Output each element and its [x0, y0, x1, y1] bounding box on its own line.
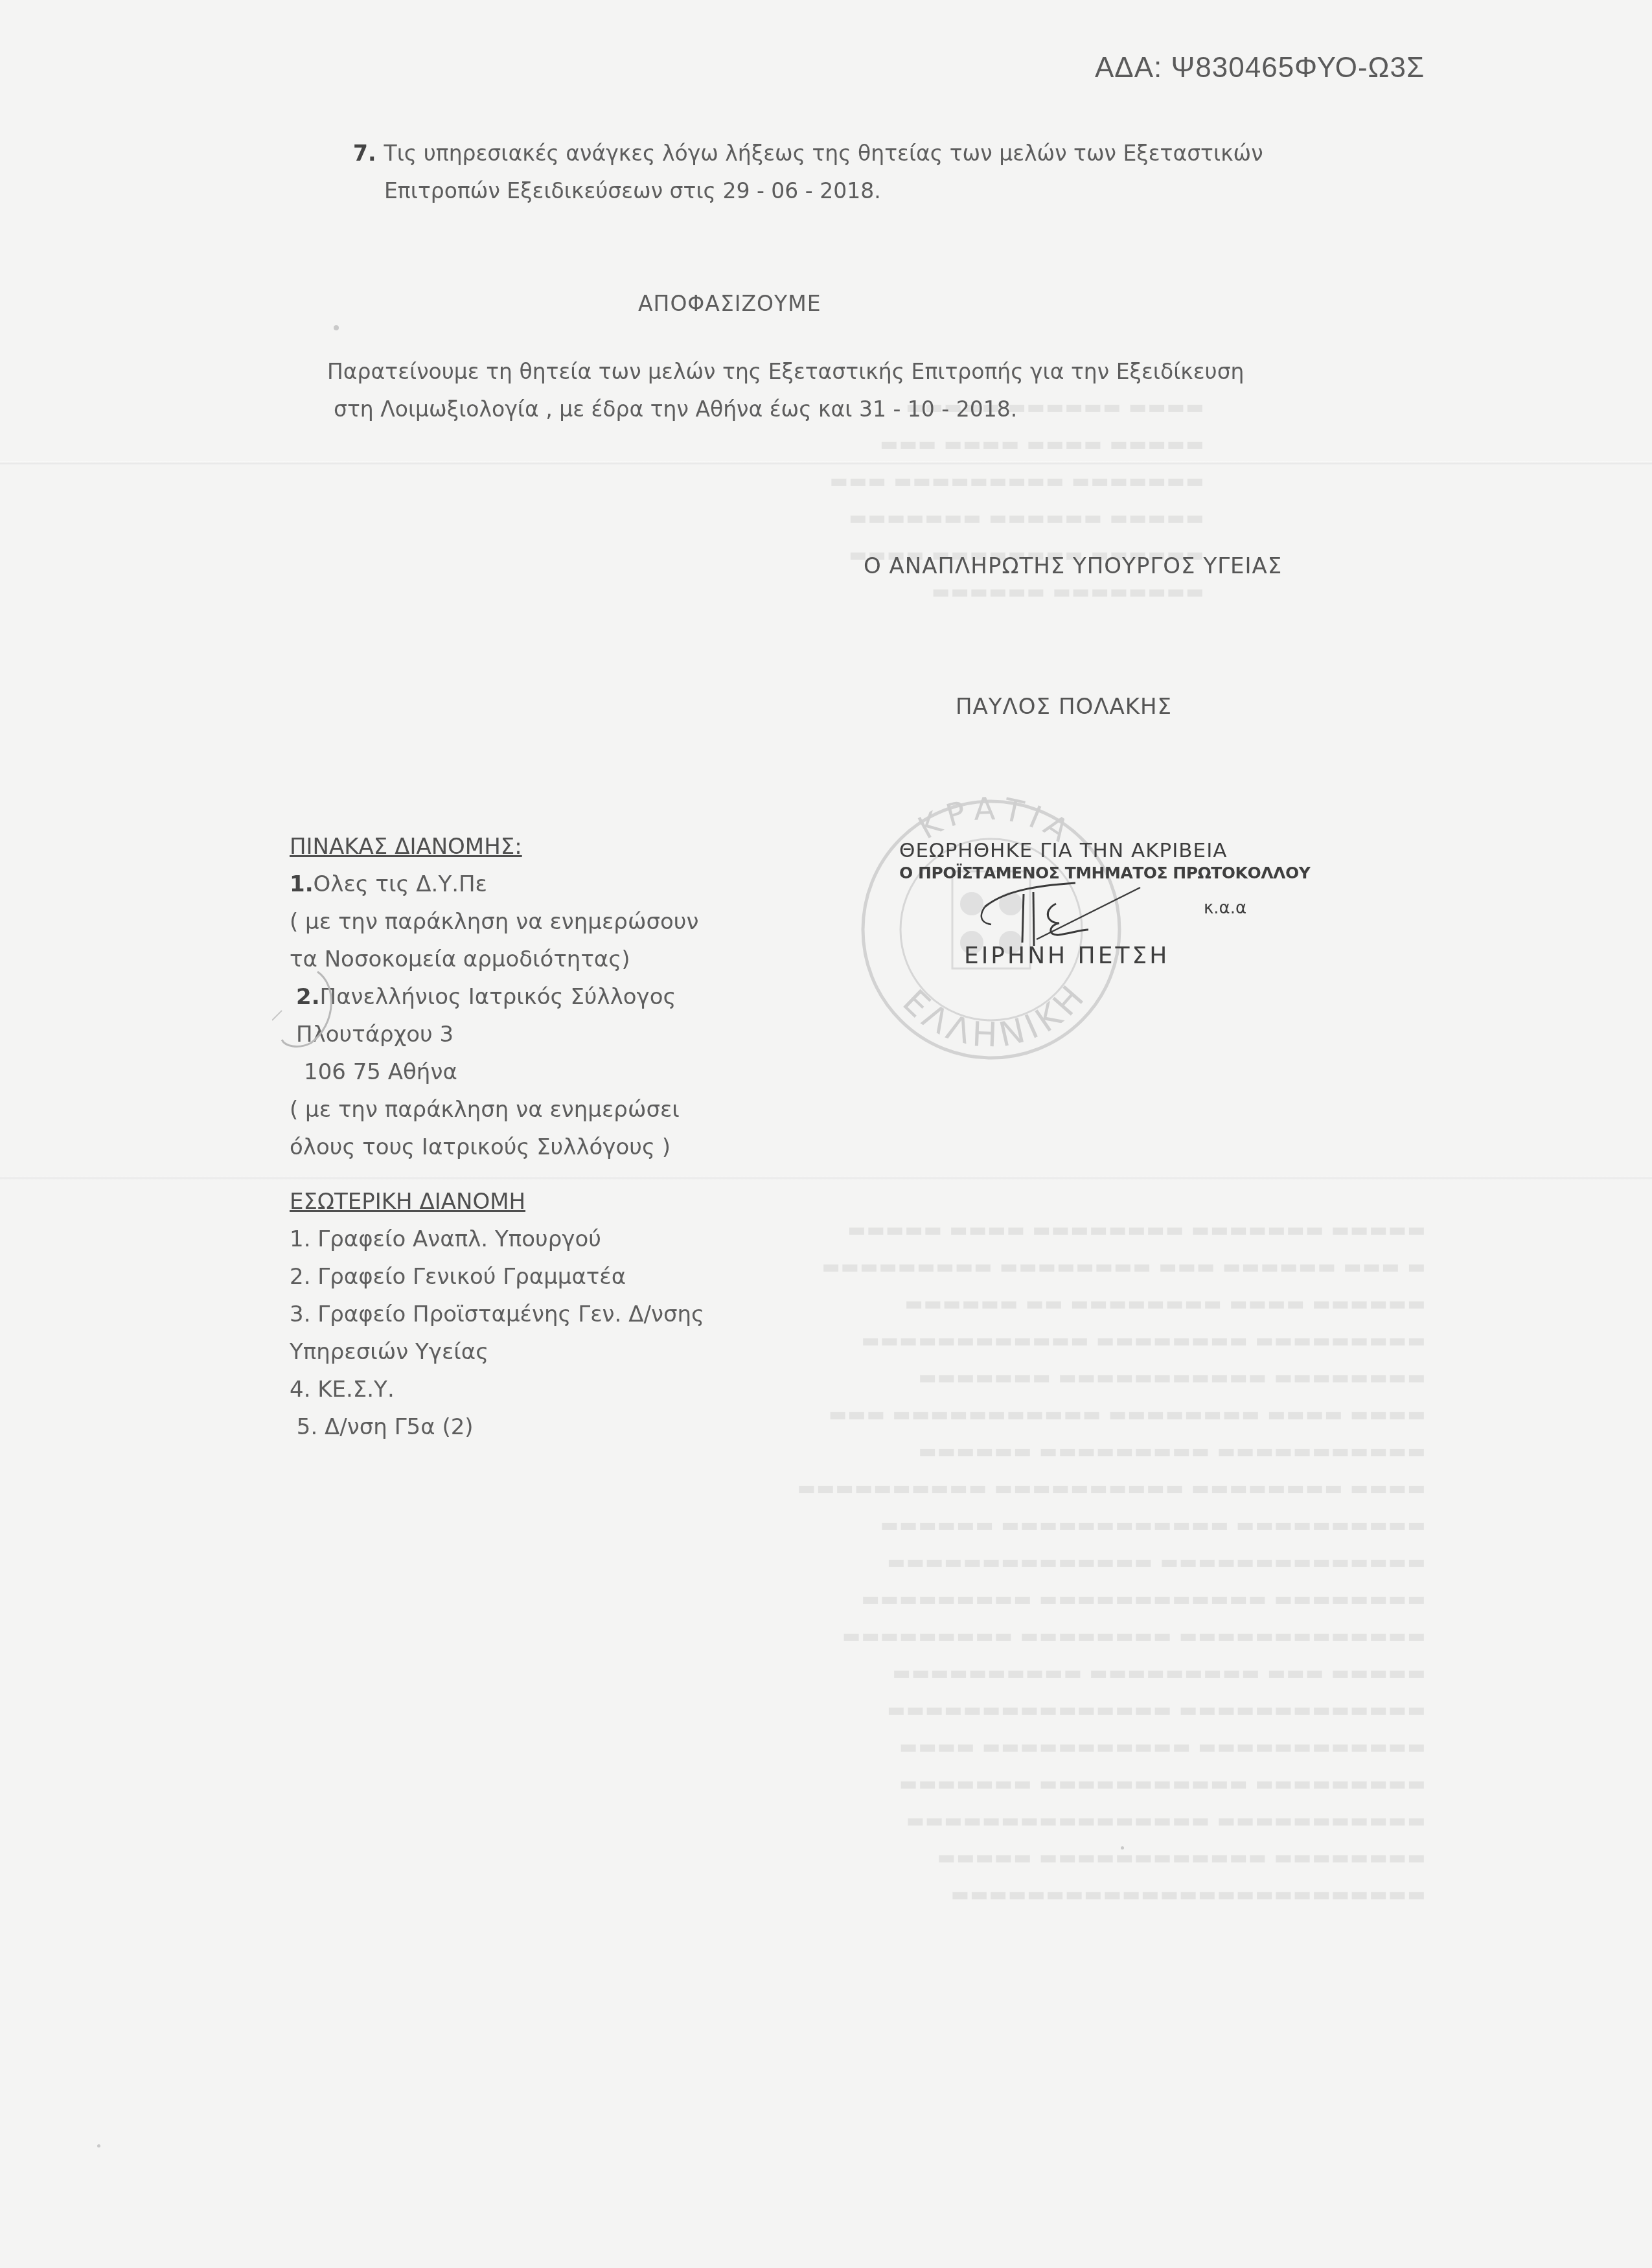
internal-distribution-heading: ΕΣΩΤΕΡΙΚΗ ΔΙΑΝΟΜΗ	[290, 1183, 704, 1220]
decision-body: Παρατείνουμε τη θητεία των μελών της Εξε…	[327, 353, 1245, 428]
bleed-through-text: ▬▬▬▬▬ ▬▬▬▬▬▬▬ ▬▬▬▬▬▬▬▬ ▬▬▬▬ ▬▬▬▬▬ ▬ ▬▬▬ …	[797, 1211, 1426, 1913]
signer-title: Ο ΑΝΑΠΛΗΡΩΤΗΣ ΥΠΟΥΡΓΟΣ ΥΓΕΙΑΣ	[864, 547, 1282, 585]
list-item: ( με την παράκληση να ενημερώσει	[290, 1091, 698, 1128]
list-item: 2. Γραφείο Γενικού Γραμματέα	[290, 1258, 704, 1296]
list-item: 4. ΚΕ.Σ.Υ.	[290, 1371, 704, 1408]
paper-fold-line	[0, 1176, 1652, 1180]
paper-fold-line	[0, 461, 1652, 465]
list-item: τα Νοσοκομεία αρμοδιότητας)	[290, 941, 698, 978]
list-item: Πλουτάρχου 3	[290, 1016, 698, 1053]
list-item: όλους τους Ιατρικούς Συλλόγους )	[290, 1128, 698, 1166]
stamp-line: κ.α.α	[1204, 899, 1246, 918]
list-item: 106 75 Αθήνα	[290, 1053, 698, 1091]
distribution-heading: ΠΙΝΑΚΑΣ ΔΙΑΝΟΜΗΣ:	[290, 828, 698, 865]
internal-distribution-list: ΕΣΩΤΕΡΙΚΗ ΔΙΑΝΟΜΗ 1. Γραφείο Αναπλ. Υπου…	[290, 1183, 704, 1446]
scanned-document-page: ▬▬▬▬ ▬▬▬▬▬▬ ▬▬▬▬▬ ▬▬▬▬▬ ▬▬▬▬ ▬▬▬▬ ▬▬▬ ▬▬…	[0, 0, 1652, 2268]
decision-body-line: Παρατείνουμε τη θητεία των μελών της Εξε…	[327, 353, 1245, 391]
decision-body-line: στη Λοιμωξιολογία , με έδρα την Αθήνα έω…	[327, 391, 1245, 428]
handwritten-signature-icon	[978, 878, 1147, 949]
list-number: 1.	[290, 871, 314, 897]
ada-code: ΑΔΑ: Ψ830465ΦΥΟ-Ω3Σ	[1095, 52, 1425, 84]
item-text-line: Επιτροπών Εξειδικεύσεων στις 29 - 06 - 2…	[353, 172, 1263, 210]
consideration-item-7: 7.Τις υπηρεσιακές ανάγκες λόγω λήξεως τη…	[353, 135, 1263, 210]
pencil-mark-icon	[272, 959, 343, 1056]
certification-stamp: ΘΕΩΡΗΘΗΚΕ ΓΙΑ ΤΗΝ ΑΚΡΙΒΕΙΑ Ο ΠΡΟΪΣΤΑΜΕΝΟ…	[899, 839, 1310, 882]
item-number: 7.	[353, 141, 376, 166]
signer-name: ΠΑΥΛΟΣ ΠΟΛΑΚΗΣ	[956, 688, 1172, 726]
list-item: ( με την παράκληση να ενημερώσουν	[290, 903, 698, 941]
scan-speck	[97, 2144, 100, 2148]
svg-text:ΕΛΛΗΝΙΚΗ: ΕΛΛΗΝΙΚΗ	[895, 975, 1095, 1055]
scan-speck	[1121, 1846, 1124, 1850]
scan-speck	[334, 325, 339, 330]
distribution-list: ΠΙΝΑΚΑΣ ΔΙΑΝΟΜΗΣ: 1.Ολες τις Δ.Υ.Πε ( με…	[290, 828, 698, 1166]
list-item: 5. Δ/νση Γ5α (2)	[290, 1408, 704, 1446]
list-item: Πανελλήνιος Ιατρικός Σύλλογος	[320, 984, 676, 1010]
list-item: 1. Γραφείο Αναπλ. Υπουργού	[290, 1220, 704, 1258]
stamp-line: ΘΕΩΡΗΘΗΚΕ ΓΙΑ ΤΗΝ ΑΚΡΙΒΕΙΑ	[899, 839, 1310, 862]
list-item: Υπηρεσιών Υγείας	[290, 1333, 704, 1371]
decision-heading: ΑΠΟΦΑΣΙΖΟΥΜΕ	[638, 285, 821, 323]
list-item: Ολες τις Δ.Υ.Πε	[314, 871, 487, 897]
item-text-line: Τις υπηρεσιακές ανάγκες λόγω λήξεως της …	[384, 141, 1263, 166]
list-item: 3. Γραφείο Προϊσταμένης Γεν. Δ/νσης	[290, 1296, 704, 1333]
seal-ring-text-bottom: ΕΛΛΗΝΙΚΗ	[895, 975, 1095, 1055]
